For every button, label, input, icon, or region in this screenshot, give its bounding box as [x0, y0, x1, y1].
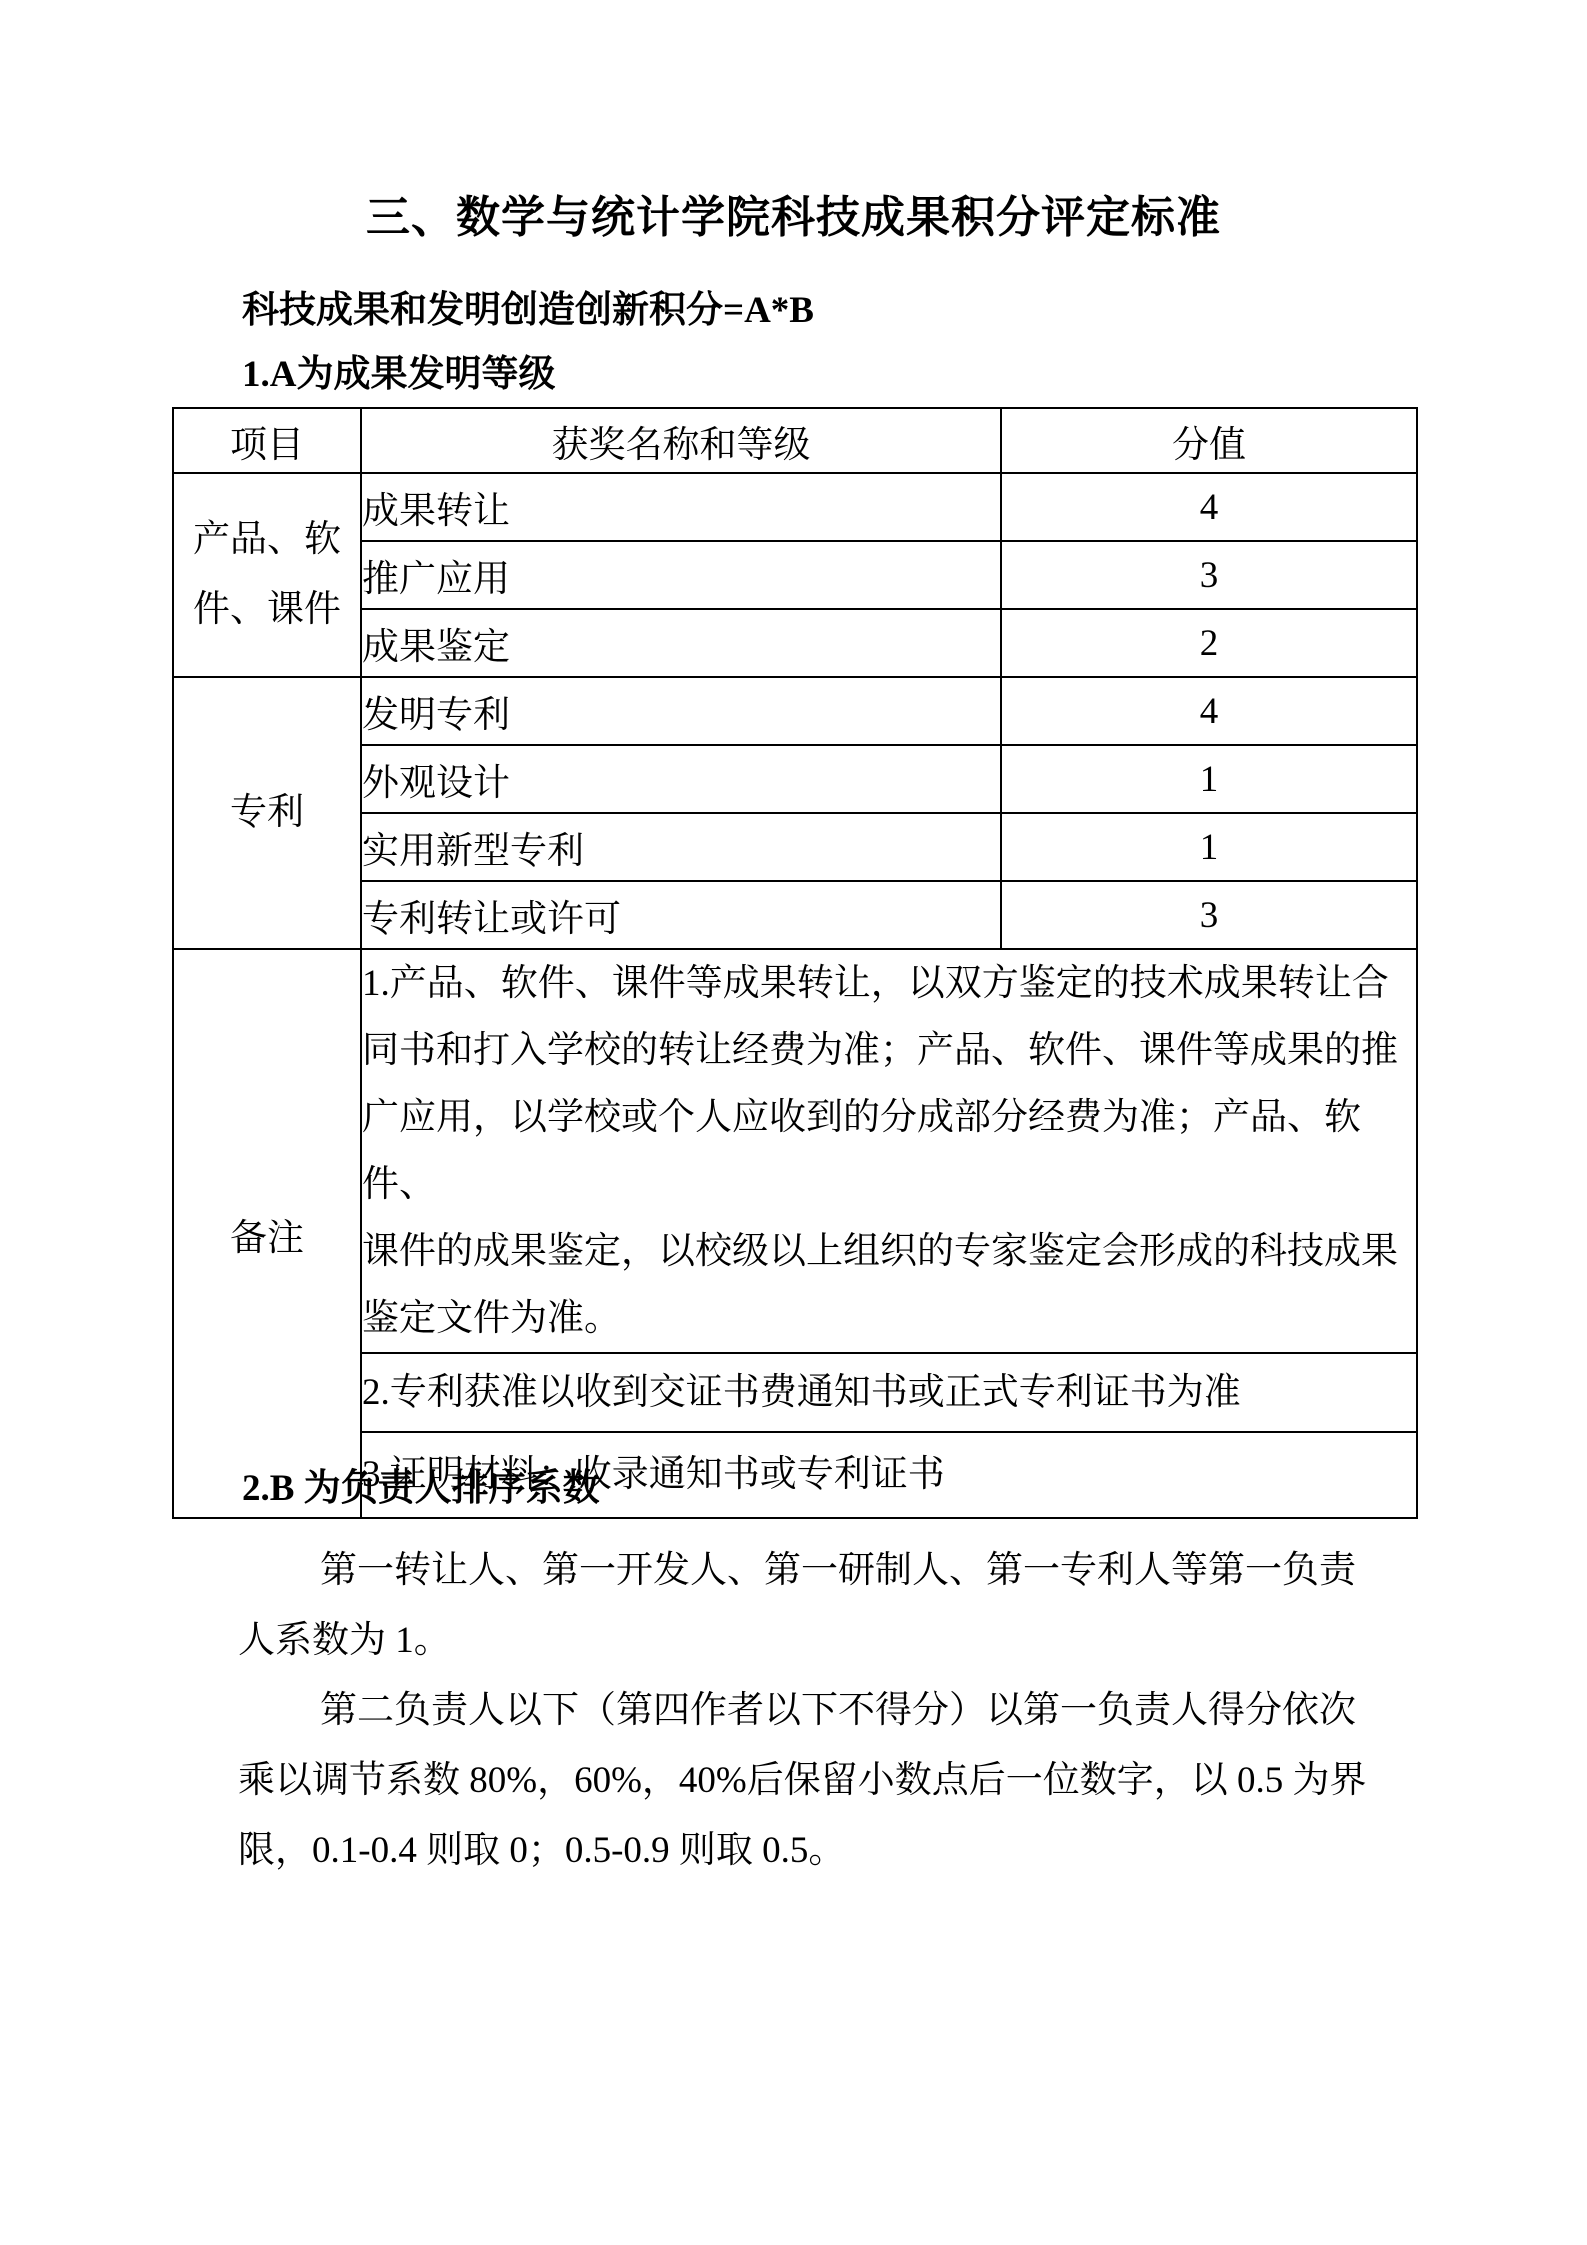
paragraph-1: 第一转让人、第一开发人、第一研制人、第一专利人等第一负责 人系数为 1。 [238, 1536, 1383, 1676]
award-name-cell: 实用新型专利 [361, 813, 1001, 881]
score-cell: 3 [1001, 881, 1417, 949]
score-table: 项目 获奖名称和等级 分值 产品、软 件、课件 成果转让 4 推广应用 3 成果… [172, 407, 1418, 1519]
document-page: 三、数学与统计学院科技成果积分评定标准 科技成果和发明创造创新积分=A*B 1.… [0, 0, 1587, 2245]
award-name-cell: 推广应用 [361, 541, 1001, 609]
note-1-line: 广应用，以学校或个人应收到的分成部分经费为准；产品、软件、 [362, 1084, 1416, 1218]
award-name-cell: 成果鉴定 [361, 609, 1001, 677]
table-row-notes: 备注 1.产品、软件、课件等成果转让，以双方鉴定的技术成果转让合 同书和打入学校… [173, 949, 1417, 1353]
table-row: 专利 发明专利 4 [173, 677, 1417, 745]
section-1-heading: 1.A为成果发明等级 [242, 352, 555, 398]
paragraph-2-line: 乘以调节系数 80%，60%，40%后保留小数点后一位数字，以 0.5 为界 [238, 1746, 1383, 1816]
table-header-award: 获奖名称和等级 [361, 408, 1001, 473]
award-name-cell: 成果转让 [361, 473, 1001, 541]
table-header-score: 分值 [1001, 408, 1417, 473]
score-cell: 4 [1001, 473, 1417, 541]
table-header-row: 项目 获奖名称和等级 分值 [173, 408, 1417, 473]
note-1-line: 1.产品、软件、课件等成果转让，以双方鉴定的技术成果转让合 [362, 950, 1416, 1017]
group-label-patent: 专利 [173, 677, 361, 949]
note-2: 2.专利获准以收到交证书费通知书或正式专利证书为准 [361, 1353, 1417, 1432]
section-2-heading: 2.B 为负责人排序系数 [242, 1466, 600, 1512]
page-title: 三、数学与统计学院科技成果积分评定标准 [0, 192, 1587, 244]
paragraph-2-line: 第二负责人以下（第四作者以下不得分）以第一负责人得分依次 [238, 1676, 1383, 1746]
note-1: 1.产品、软件、课件等成果转让，以双方鉴定的技术成果转让合 同书和打入学校的转让… [361, 949, 1417, 1353]
note-1-line: 同书和打入学校的转让经费为准；产品、软件、课件等成果的推 [362, 1017, 1416, 1084]
group-label-line: 产品、软 [174, 505, 360, 575]
score-cell: 4 [1001, 677, 1417, 745]
paragraph-1-line: 人系数为 1。 [238, 1606, 1383, 1676]
note-1-line: 鉴定文件为准。 [362, 1285, 1416, 1352]
award-name-cell: 外观设计 [361, 745, 1001, 813]
formula-line: 科技成果和发明创造创新积分=A*B [242, 288, 814, 334]
group-label-products: 产品、软 件、课件 [173, 473, 361, 677]
paragraph-1-line: 第一转让人、第一开发人、第一研制人、第一专利人等第一负责 [238, 1536, 1383, 1606]
table-header-item: 项目 [173, 408, 361, 473]
notes-label: 备注 [173, 949, 361, 1518]
score-cell: 1 [1001, 813, 1417, 881]
group-label-line: 件、课件 [174, 575, 360, 645]
score-cell: 3 [1001, 541, 1417, 609]
note-1-line: 课件的成果鉴定，以校级以上组织的专家鉴定会形成的科技成果 [362, 1218, 1416, 1285]
award-name-cell: 发明专利 [361, 677, 1001, 745]
paragraph-2-line: 限，0.1-0.4 则取 0；0.5-0.9 则取 0.5。 [238, 1816, 1383, 1886]
award-name-cell: 专利转让或许可 [361, 881, 1001, 949]
score-cell: 1 [1001, 745, 1417, 813]
paragraph-2: 第二负责人以下（第四作者以下不得分）以第一负责人得分依次 乘以调节系数 80%，… [238, 1676, 1383, 1886]
score-cell: 2 [1001, 609, 1417, 677]
table-row: 产品、软 件、课件 成果转让 4 [173, 473, 1417, 541]
